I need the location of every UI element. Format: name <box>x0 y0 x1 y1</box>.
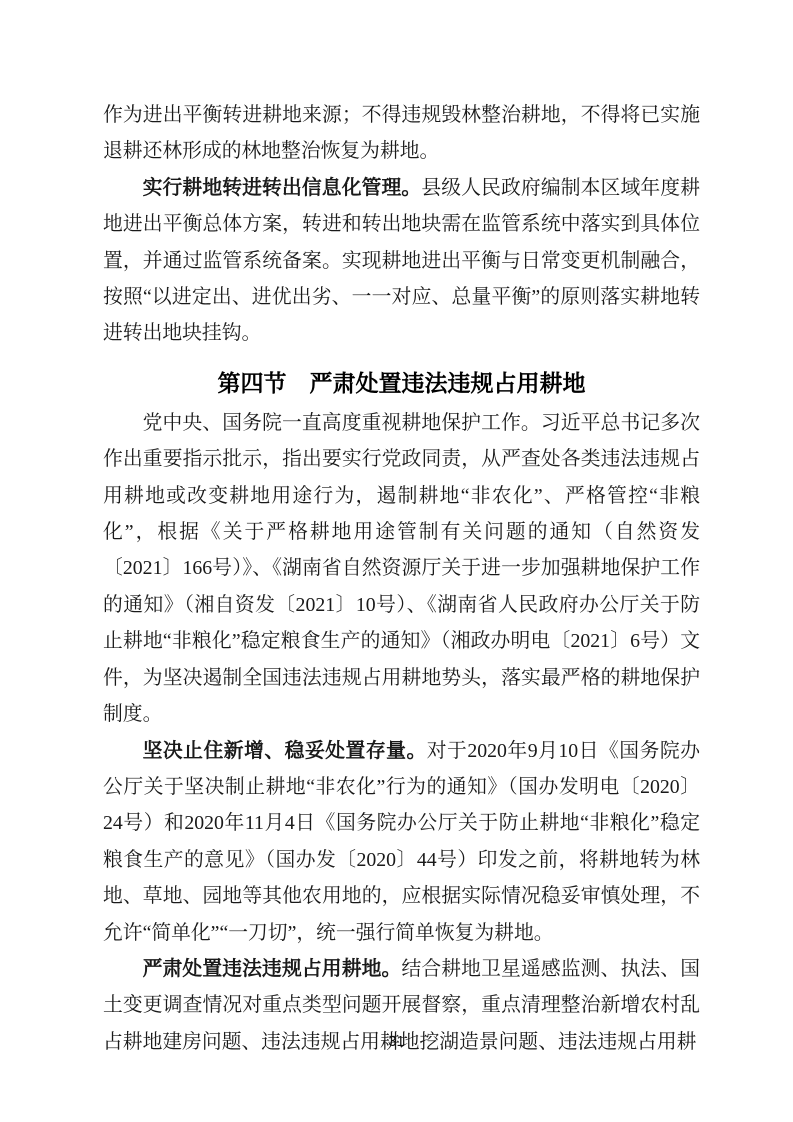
paragraph-text: 作为进出平衡转进耕地来源；不得违规毁林整治耕地，不得将已实施退耕还林形成的林地整… <box>103 104 700 162</box>
document-body: 作为进出平衡转进耕地来源；不得违规毁林整治耕地，不得将已实施退耕还林形成的林地整… <box>103 97 700 1060</box>
paragraph: 党中央、国务院一直高度重视耕地保护工作。习近平总书记多次作出重要指示批示，指出要… <box>103 405 700 733</box>
paragraph-text: 党中央、国务院一直高度重视耕地保护工作。习近平总书记多次作出重要指示批示，指出要… <box>103 412 700 725</box>
paragraph-text: 县级人民政府编制本区域年度耕地进出平衡总体方案，转进和转出地块需在监管系统中落实… <box>103 177 700 345</box>
paragraph: 坚决止住新增、稳妥处置存量。对于2020年9月10日《国务院办公厅关于坚决制止耕… <box>103 733 700 951</box>
paragraph-lead-emphasis: 坚决止住新增、稳妥处置存量。 <box>143 740 427 762</box>
section-heading: 第四节 严肃处置违法违规占用耕地 <box>103 363 700 403</box>
paragraph-lead-emphasis: 严肃处置违法违规占用耕地。 <box>143 958 402 980</box>
paragraph-lead-emphasis: 实行耕地转进转出信息化管理。 <box>143 177 422 199</box>
paragraph: 作为进出平衡转进耕地来源；不得违规毁林整治耕地，不得将已实施退耕还林形成的林地整… <box>103 97 700 170</box>
paragraph: 实行耕地转进转出信息化管理。县级人民政府编制本区域年度耕地进出平衡总体方案，转进… <box>103 170 700 352</box>
page-number: 31 <box>0 1034 793 1050</box>
document-page: 作为进出平衡转进耕地来源；不得违规毁林整治耕地，不得将已实施退耕还林形成的林地整… <box>0 0 793 1122</box>
paragraph-text: 对于2020年9月10日《国务院办公厅关于坚决制止耕地“非农化”行为的通知》（国… <box>103 740 700 944</box>
